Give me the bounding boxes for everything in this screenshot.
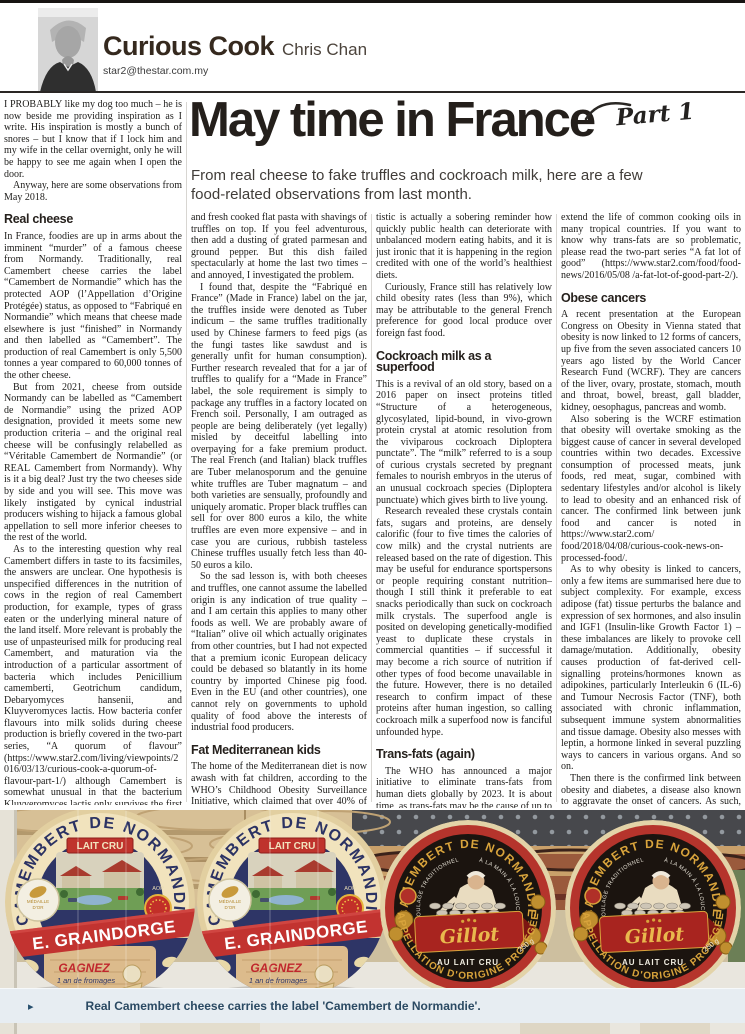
body-paragraph: tistic is actually a sobering reminder h…	[376, 212, 552, 282]
body-paragraph: As to why obesity is linked to cancers, …	[561, 564, 741, 773]
masthead-text: Curious CookChris Chan star2@thestar.com…	[103, 31, 367, 77]
body-paragraph: I PROBABLY like my dog too much – he is …	[4, 99, 182, 180]
author-email: star2@thestar.com.my	[103, 65, 367, 77]
newspaper-page: Curious CookChris Chan star2@thestar.com…	[0, 0, 745, 1034]
article-column-2: and fresh cooked flat pasta with shaving…	[191, 212, 367, 808]
article-column-3: tistic is actually a sobering reminder h…	[376, 212, 552, 808]
body-paragraph: The WHO has announced a major initiative…	[376, 766, 552, 808]
body-paragraph: This is a revival of an old story, based…	[376, 379, 552, 507]
body-paragraph: A recent presentation at the European Co…	[561, 309, 741, 413]
column-divider	[371, 214, 372, 802]
body-paragraph: So the sad lesson is, with both cheeses …	[191, 571, 367, 733]
body-paragraph: Curiously, France still has relatively l…	[376, 282, 552, 340]
photo-caption: Real Camembert cheese carries the label …	[86, 999, 481, 1013]
article-column-1: I PROBABLY like my dog too much – he is …	[4, 99, 182, 805]
section-heading-obese-cancers: Obese cancers	[561, 293, 741, 305]
page-title: May time in France	[189, 92, 594, 148]
body-paragraph: I found that, despite the “Fabriqué en F…	[191, 282, 367, 572]
column-title: Curious Cook	[103, 31, 274, 61]
column-divider	[556, 214, 557, 802]
masthead-title-row: Curious CookChris Chan	[103, 31, 367, 62]
body-paragraph: extend the life of common cooking oils i…	[561, 212, 741, 282]
section-heading-fat-mediterranean-kids: Fat Mediterranean kids	[191, 745, 367, 757]
author-photo	[38, 8, 98, 92]
article-column-4: extend the life of common cooking oils i…	[561, 212, 741, 808]
column-divider	[186, 102, 187, 802]
part-annotation: Part 1	[615, 98, 695, 132]
masthead: Curious CookChris Chan star2@thestar.com…	[0, 3, 745, 91]
body-paragraph: Then there is the confirmed link between…	[561, 773, 741, 808]
body-paragraph: Anyway, here are some observations from …	[4, 180, 182, 203]
caption-arrow-icon: ▸	[28, 1000, 34, 1013]
body-paragraph: and fresh cooked flat pasta with shaving…	[191, 212, 367, 282]
section-heading-real-cheese: Real cheese	[4, 214, 182, 226]
section-heading-trans-fats: Trans-fats (again)	[376, 749, 552, 761]
author-name: Chris Chan	[282, 40, 367, 59]
body-paragraph: Also sobering is the WCRF estimation tha…	[561, 414, 741, 565]
body-paragraph: But from 2021, cheese from outside Norma…	[4, 382, 182, 544]
body-paragraph: As to the interesting question why real …	[4, 544, 182, 805]
standfirst: From real cheese to fake truffles and co…	[191, 166, 671, 204]
body-paragraph: Research revealed these crystals contain…	[376, 506, 552, 738]
body-paragraph: The home of the Mediterranean diet is no…	[191, 761, 367, 808]
photo-caption-bar: ▸ Real Camembert cheese carries the labe…	[0, 988, 745, 1023]
body-paragraph: In France, foodies are up in arms about …	[4, 231, 182, 382]
section-heading-cockroach-milk: Cockroach milk as a superfood	[376, 351, 552, 374]
